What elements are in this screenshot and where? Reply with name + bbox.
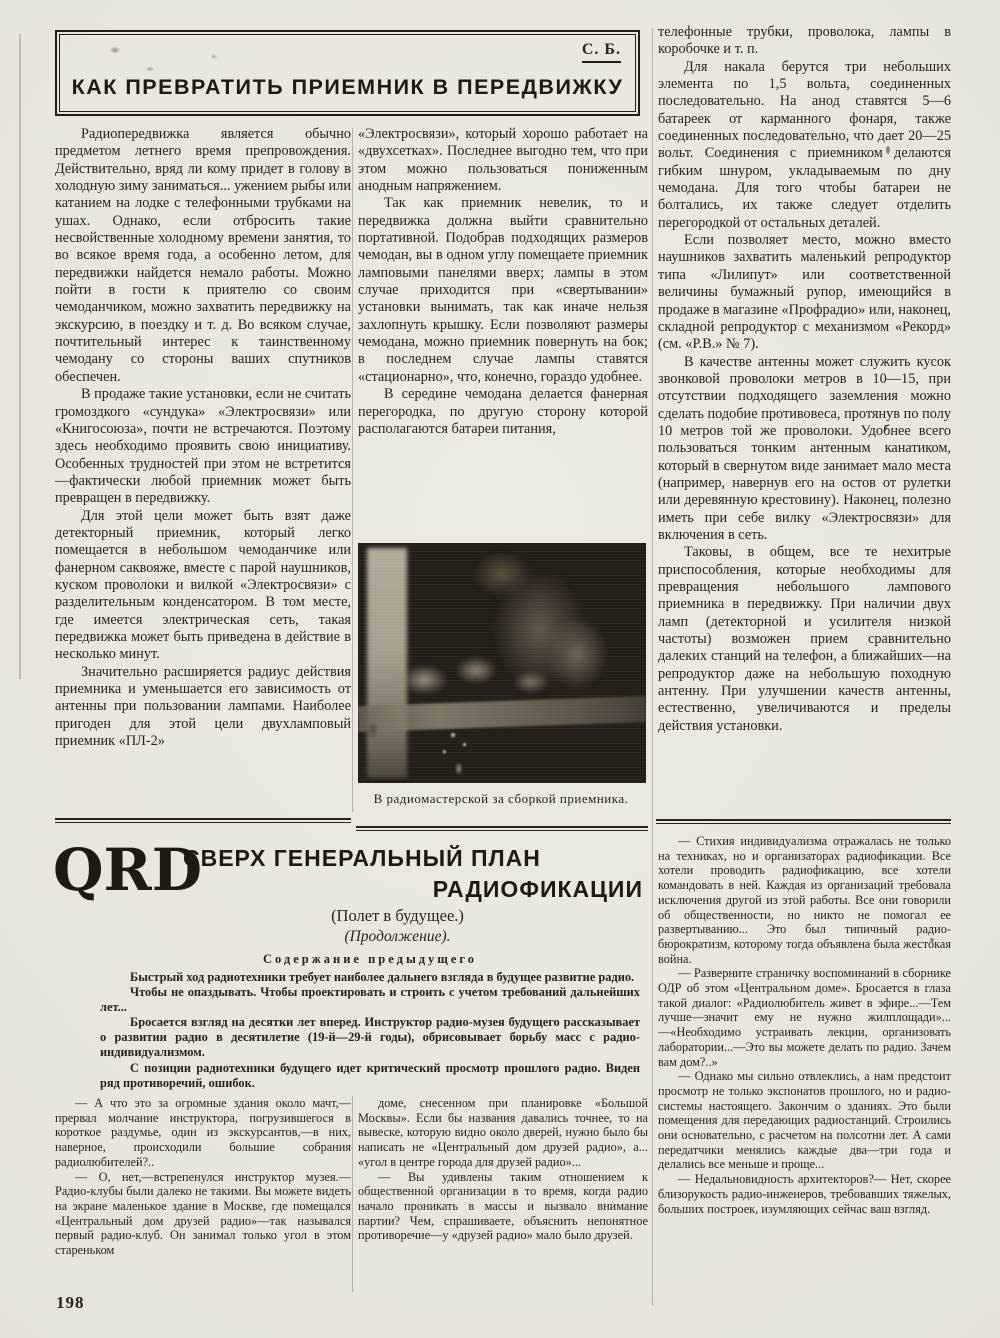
article2-title: СВЕРХ ГЕНЕРАЛЬНЫЙ ПЛАН РАДИОФИКАЦИИ <box>183 843 643 905</box>
photo-caption: В радиомастерской за сборкой приемника. <box>352 791 650 807</box>
article1-column-2: «Электросвязи», который хорошо работает … <box>358 126 648 538</box>
article2-summary: Быстрый ход радиотехники требует наиболе… <box>100 970 640 1092</box>
paragraph: — Однако мы сильно отвлеклись, а нам пре… <box>658 1069 951 1172</box>
article2-column-3: — Стихия индивидуализма отражалась не то… <box>658 834 951 1312</box>
paragraph: В продаже такие установки, если не счита… <box>55 386 351 507</box>
article2-column-2: доме, снесенном при планировке «Большой … <box>358 1096 648 1296</box>
paragraph: Значительно расширяется радиус действия … <box>55 664 351 751</box>
article2-title-line2: РАДИОФИКАЦИИ <box>183 874 643 905</box>
article2-summary-heading: Содержание предыдущего <box>100 952 640 967</box>
scan-fold-line <box>19 34 21 679</box>
paragraph: Радиопередвижка является обычно предмето… <box>55 126 351 386</box>
paragraph: В середине чемодана делается фанерная пе… <box>358 386 648 438</box>
paragraph: Так как приемник невелик, то и передвижк… <box>358 195 648 386</box>
article2-title-line1: СВЕРХ ГЕНЕРАЛЬНЫЙ ПЛАН <box>183 843 643 874</box>
article1-column-1: Радиопередвижка является обычно предмето… <box>55 126 351 816</box>
article1-title: КАК ПРЕВРАТИТЬ ПРИЕМНИК В ПЕРЕДВИЖКУ <box>60 75 635 100</box>
paragraph: Для накала берутся три небольших элемент… <box>658 59 951 232</box>
article2-column-1: — А что это за огромные здания около мач… <box>55 1096 351 1296</box>
summary-paragraph: Чтобы не опаздывать. Чтобы проектировать… <box>100 985 640 1015</box>
article1-author: С. Б. <box>582 41 621 63</box>
article1-column-3: телефонные трубки, проволока, лампы в ко… <box>658 24 951 816</box>
workshop-photo <box>358 543 646 783</box>
article2-logo: QRD <box>53 840 183 900</box>
paragraph: Таковы, в общем, все те нехитрые приспос… <box>658 544 951 735</box>
summary-paragraph: Бросается взгляд на десятки лет вперед. … <box>100 1015 640 1060</box>
section-rule <box>656 819 951 824</box>
paragraph: В качестве антенны может служить кусок з… <box>658 354 951 545</box>
paragraph: — Вы удивлены таким отношением к обществ… <box>358 1170 648 1244</box>
column-divider <box>352 1096 353 1292</box>
paragraph: — Стихия индивидуализма отражалась не то… <box>658 834 951 966</box>
paragraph: — Недальновидность архитекторов?— Нет, с… <box>658 1172 951 1216</box>
summary-paragraph: Напрасные усложнения, вместо простоты. Н… <box>100 1091 640 1092</box>
column-divider <box>652 28 653 1306</box>
article2-subtitle: (Полет в будущее.) <box>155 906 640 926</box>
paragraph: Для этой цели может быть взят даже детек… <box>55 508 351 664</box>
article2-continuation: (Продолжение). <box>155 928 640 946</box>
article1-title-box: С. Б. КАК ПРЕВРАТИТЬ ПРИЕМНИК В ПЕРЕДВИЖ… <box>55 30 640 116</box>
paragraph: — О, нет,—встрепенулся инструктор музея.… <box>55 1170 351 1258</box>
page-number: 198 <box>56 1293 85 1313</box>
paragraph: — А что это за огромные здания около мач… <box>55 1096 351 1170</box>
paragraph: Если позволяет место, можно вместо наушн… <box>658 232 951 353</box>
section-rule <box>356 826 648 831</box>
section-rule <box>55 818 351 823</box>
photo-grain <box>358 543 646 783</box>
paragraph: — Разверните страничку воспоминаний в сб… <box>658 966 951 1069</box>
summary-paragraph: Быстрый ход радиотехники требует наиболе… <box>100 970 640 985</box>
summary-paragraph: С позиции радиотехники будущего идет кри… <box>100 1061 640 1091</box>
paragraph: «Электросвязи», который хорошо работает … <box>358 126 648 195</box>
paragraph: телефонные трубки, проволока, лампы в ко… <box>658 24 951 59</box>
paragraph: доме, снесенном при планировке «Большой … <box>358 1096 648 1170</box>
column-divider <box>352 128 353 812</box>
article1-title-box-inner: С. Б. КАК ПРЕВРАТИТЬ ПРИЕМНИК В ПЕРЕДВИЖ… <box>59 34 636 112</box>
